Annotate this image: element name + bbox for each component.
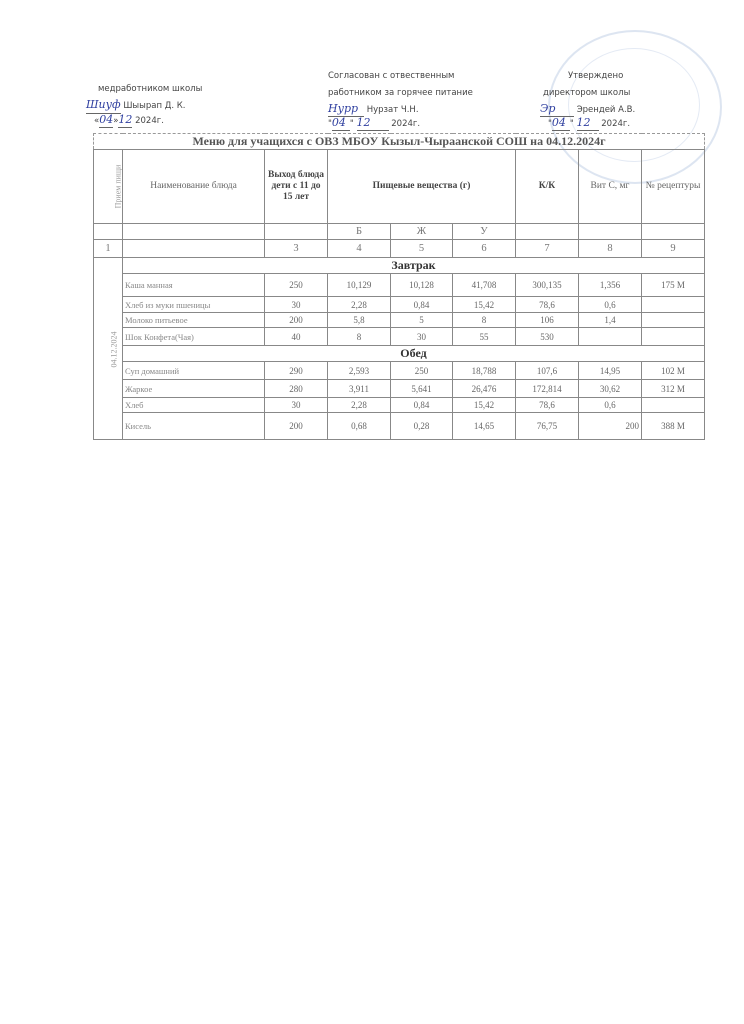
dish-output: 280	[265, 380, 328, 398]
recipe-number	[642, 297, 705, 313]
fat: 5,641	[391, 380, 453, 398]
dish-output: 250	[265, 274, 328, 297]
director-approval: Утверждено директором школы Эр Эрендей А…	[560, 67, 635, 130]
column-number: 7	[516, 240, 579, 258]
dish-output: 30	[265, 398, 328, 413]
protein: 10,129	[328, 274, 391, 297]
empty-cell	[516, 224, 579, 240]
recipe-number	[642, 328, 705, 346]
agreed-line1: Согласован с отвественным	[328, 67, 473, 85]
menu-row: Шок Конфета(Чая)4083055530	[94, 328, 705, 346]
agreed-date-month: 12	[357, 116, 389, 131]
empty-cell	[123, 224, 265, 240]
approved-date-month: 12	[577, 116, 599, 131]
carbs: 14,65	[453, 413, 516, 440]
header-recipe: № рецептуры	[642, 150, 705, 224]
kcal: 76,75	[516, 413, 579, 440]
column-number: 8	[579, 240, 642, 258]
vit-c: 1,4	[579, 313, 642, 328]
dish-output: 290	[265, 362, 328, 380]
carbs: 26,476	[453, 380, 516, 398]
kcal: 78,6	[516, 297, 579, 313]
header-output: Выход блюда дети с 11 до 15 лет	[265, 150, 328, 224]
approved-date-day: 04	[552, 116, 570, 131]
dish-name: Хлеб	[123, 398, 265, 413]
protein: 8	[328, 328, 391, 346]
medic-name: Шыырап Д. К.	[123, 101, 185, 111]
nutrient-letter-u: У	[453, 224, 516, 240]
column-number: 5	[391, 240, 453, 258]
medic-date-month: 12	[118, 113, 132, 128]
agreed-date-day: 04	[332, 116, 350, 131]
dish-name: Каша манная	[123, 274, 265, 297]
kcal: 106	[516, 313, 579, 328]
header-nutrients: Пищевые вещества (г)	[328, 150, 516, 224]
carbs: 18,788	[453, 362, 516, 380]
protein: 2,28	[328, 398, 391, 413]
menu-row: Жаркое2803,9115,64126,476172,81430,62312…	[94, 380, 705, 398]
medic-signature: Шиуф	[86, 97, 121, 114]
menu-row: Кисель2000,680,2814,6576,75200388 М	[94, 413, 705, 440]
empty-cell	[94, 224, 123, 240]
medic-date-day: 04	[99, 113, 113, 128]
header-meal-time: Прием пищи	[94, 150, 123, 224]
medic-approval: медработником школы Шиуф Шыырап Д. К. «0…	[98, 82, 202, 127]
carbs: 8	[453, 313, 516, 328]
fat: 5	[391, 313, 453, 328]
column-number: 4	[328, 240, 391, 258]
carbs: 41,708	[453, 274, 516, 297]
vit-c	[579, 328, 642, 346]
vit-c: 0,6	[579, 297, 642, 313]
header-vit-c: Вит С, мг	[579, 150, 642, 224]
dish-name: Жаркое	[123, 380, 265, 398]
protein: 2,28	[328, 297, 391, 313]
kcal: 172,814	[516, 380, 579, 398]
menu-table: Меню для учащихся с ОВЗ МБОУ Кызыл-Чыраа…	[93, 133, 705, 440]
dish-name: Хлеб из муки пшеницы	[123, 297, 265, 313]
vit-c: 14,95	[579, 362, 642, 380]
column-number: 9	[642, 240, 705, 258]
approved-line2: директором школы	[543, 85, 635, 102]
protein: 2,593	[328, 362, 391, 380]
dish-output: 30	[265, 297, 328, 313]
empty-cell	[265, 224, 328, 240]
empty-cell	[642, 224, 705, 240]
menu-title: Меню для учащихся с ОВЗ МБОУ Кызыл-Чыраа…	[94, 134, 705, 150]
vit-c: 200	[579, 413, 642, 440]
menu-row: Каша манная25010,12910,12841,708300,1351…	[94, 274, 705, 297]
dish-output: 40	[265, 328, 328, 346]
menu-row: Суп домашний2902,59325018,788107,614,951…	[94, 362, 705, 380]
menu-row: Хлеб302,280,8415,4278,60,6	[94, 398, 705, 413]
kcal: 78,6	[516, 398, 579, 413]
column-number: 1	[94, 240, 123, 258]
empty-cell	[579, 224, 642, 240]
column-number: 6	[453, 240, 516, 258]
protein: 3,911	[328, 380, 391, 398]
fat: 0,84	[391, 297, 453, 313]
section-header: Завтрак	[123, 258, 705, 274]
menu-row: Хлеб из муки пшеницы302,280,8415,4278,60…	[94, 297, 705, 313]
vit-c: 1,356	[579, 274, 642, 297]
date-vertical: 04.12.2024	[110, 331, 119, 367]
vit-c: 0,6	[579, 398, 642, 413]
protein: 0,68	[328, 413, 391, 440]
agreed-signature: Нурр	[328, 102, 364, 117]
approved-name: Эрендей А.В.	[577, 105, 636, 115]
dish-name: Кисель	[123, 413, 265, 440]
agreed-year: 2024г.	[391, 119, 420, 129]
fat: 0,28	[391, 413, 453, 440]
carbs: 15,42	[453, 398, 516, 413]
agreed-approval: Согласован с отвественным работником за …	[328, 67, 473, 130]
approved-signature: Эр	[540, 102, 574, 117]
kcal: 300,135	[516, 274, 579, 297]
date-vertical-cell: 04.12.2024	[94, 258, 123, 440]
empty-cell	[123, 240, 265, 258]
protein: 5,8	[328, 313, 391, 328]
fat: 10,128	[391, 274, 453, 297]
agreed-name: Нурзат Ч.Н.	[367, 105, 419, 115]
fat: 30	[391, 328, 453, 346]
recipe-number	[642, 313, 705, 328]
vit-c: 30,62	[579, 380, 642, 398]
nutrient-letter-zh: Ж	[391, 224, 453, 240]
carbs: 55	[453, 328, 516, 346]
approved-line1: Утверждено	[568, 67, 635, 85]
recipe-number: 102 М	[642, 362, 705, 380]
recipe-number: 312 М	[642, 380, 705, 398]
kcal: 530	[516, 328, 579, 346]
dish-output: 200	[265, 313, 328, 328]
section-header: Обед	[123, 346, 705, 362]
menu-row: Молоко питьевое2005,8581061,4	[94, 313, 705, 328]
dish-name: Шок Конфета(Чая)	[123, 328, 265, 346]
medic-year: 2024г.	[135, 116, 164, 126]
fat: 250	[391, 362, 453, 380]
header-dish-name: Наименование блюда	[123, 150, 265, 224]
medic-line1: медработником школы	[98, 82, 202, 97]
fat: 0,84	[391, 398, 453, 413]
recipe-number: 175 М	[642, 274, 705, 297]
column-number: 3	[265, 240, 328, 258]
nutrient-letter-b: Б	[328, 224, 391, 240]
approved-year: 2024г.	[601, 119, 630, 129]
recipe-number	[642, 398, 705, 413]
recipe-number: 388 М	[642, 413, 705, 440]
agreed-line2: работником за горячее питание	[328, 85, 473, 102]
header-kcal: К/К	[516, 150, 579, 224]
carbs: 15,42	[453, 297, 516, 313]
dish-name: Суп домашний	[123, 362, 265, 380]
dish-output: 200	[265, 413, 328, 440]
dish-name: Молоко питьевое	[123, 313, 265, 328]
kcal: 107,6	[516, 362, 579, 380]
